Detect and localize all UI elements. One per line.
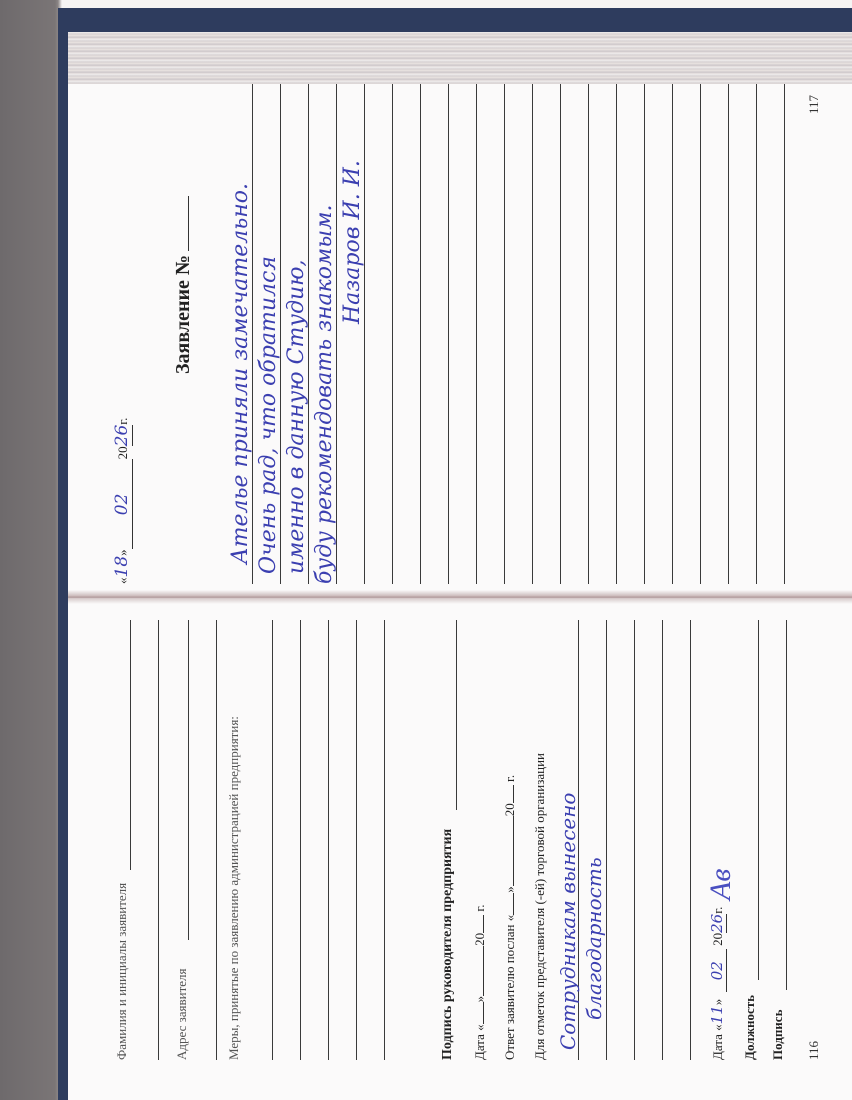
notes-handwritten-2: благодарность [582,857,606,1020]
applicant-address-line-2 [216,620,217,1060]
body-line-9 [476,84,477,584]
measures-label: Меры, принятые по заявлению администраци… [226,716,242,1060]
notes-line-5 [690,620,691,1060]
applicant-signature: Назаров И. И. [340,160,365,324]
book-cover-spine [58,8,68,1100]
page-number-116: 116 [806,1041,822,1060]
page-116: Фамилия и инициалы заявителя Адрес заяви… [68,600,852,1100]
notes-handwritten-1: Сотрудникам вынесено [556,793,580,1050]
position-label: Должность [742,995,758,1060]
body-handwritten-3: именно в данную Студию, [284,259,309,574]
bottom-date-field: Дата «11» 02 2026г. [708,907,726,1060]
response-sent-field: Ответ заявителю послан «»20 г. [502,775,518,1060]
body-line-14 [616,84,617,584]
manager-signature-label: Подпись руководителя предприятия [440,829,456,1060]
body-line-6 [392,84,393,584]
page-number-117: 117 [806,95,822,114]
applicant-name-line-2 [158,620,159,1060]
date-field: Дата «»20 г. [472,904,488,1060]
signature-mark: Ав [704,869,738,900]
body-handwritten-2: Очень рад, что обратился [256,256,281,574]
body-line-11 [532,84,533,584]
body-line-7 [420,84,421,584]
body-line-16 [672,84,673,584]
body-line-12 [560,84,561,584]
book-spread: Фамилия и инициалы заявителя Адрес заяви… [68,84,852,1100]
body-handwritten-4: буду рекомендовать знакомым. [312,205,337,584]
page-117: «18»022026г. Заявление № Ателье приняли … [68,84,852,584]
notes-label: Для отметок представителя (-ей) торговой… [532,753,548,1060]
position-line [758,620,759,980]
body-line-19 [756,84,757,584]
body-line-10 [504,84,505,584]
applicant-address-label: Адрес заявителя [174,968,190,1060]
measures-line-3 [328,620,329,1060]
body-line-17 [700,84,701,584]
applicant-name-label: Фамилия и инициалы заявителя [114,883,130,1060]
measures-line-2 [300,620,301,1060]
application-date: «18»022026г. [112,418,133,584]
body-line-13 [588,84,589,584]
application-title: Заявление № [172,196,195,374]
notes-line-3 [634,620,635,1060]
measures-line-1 [272,620,273,1060]
body-line-18 [728,84,729,584]
measures-line-5 [384,620,385,1060]
measures-line-4 [356,620,357,1060]
signature-label: Подпись [770,1010,786,1060]
page-edges [68,32,852,84]
body-line-5 [364,84,365,584]
body-line-15 [644,84,645,584]
body-line-20 [784,84,785,584]
applicant-name-line [130,620,131,870]
body-handwritten-1: Ателье приняли замечательно. [228,183,253,564]
book-cover-edge [58,8,852,32]
body-line-8 [448,84,449,584]
manager-signature-line [456,620,457,810]
notes-line-2 [606,620,607,1060]
notes-line-4 [662,620,663,1060]
signature-line [786,620,787,990]
applicant-address-line [188,620,189,940]
